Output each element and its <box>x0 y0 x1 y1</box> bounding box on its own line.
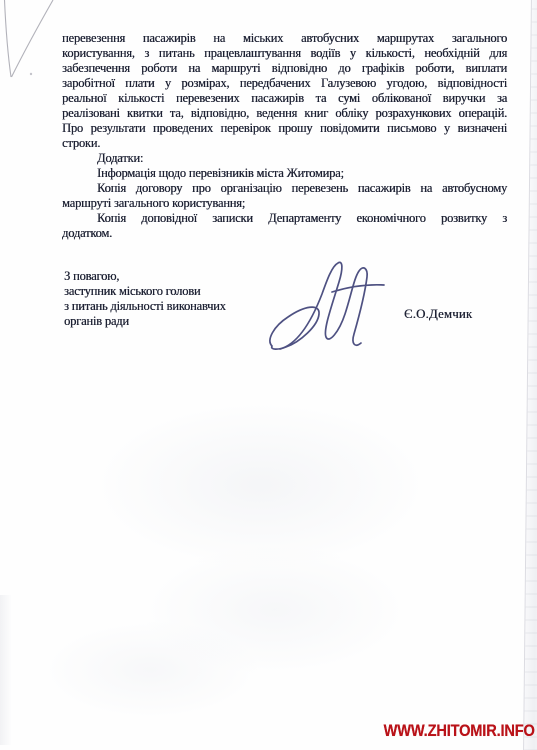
text-line: перевезення пасажирів на міських автобус… <box>62 31 507 46</box>
text-line: заробітної плати у розмірах, передбачени… <box>62 76 507 91</box>
bleed-through-noise <box>0 595 12 745</box>
text-line: додатком. <box>62 226 507 241</box>
text-line: Додатки: <box>62 151 507 166</box>
text-line: реальної кількості перевезених пасажирів… <box>62 91 507 106</box>
text-line: Про результати проведених перевірок прош… <box>62 121 507 136</box>
attachments-section: Додатки:Інформація щодо перевізників міс… <box>62 151 507 241</box>
signer-name: Є.О.Демчик <box>404 307 472 322</box>
text-line: Копія доповідної записки Департаменту ек… <box>62 211 507 226</box>
text-line: маршруті загального користування; <box>62 196 507 211</box>
site-watermark: WWW.ZHITOMIR.INFO <box>384 721 535 741</box>
bleed-through-noise <box>140 545 410 675</box>
scan-edge-strip <box>523 0 537 750</box>
text-line: користування, з питань працевлаштування … <box>62 46 507 61</box>
handwritten-signature <box>266 256 386 356</box>
body-paragraph: перевезення пасажирів на міських автобус… <box>62 31 507 151</box>
scanned-letter-page: перевезення пасажирів на міських автобус… <box>0 0 537 750</box>
scan-fold-artifact-icon <box>0 0 62 82</box>
text-line: Інформація щодо перевізників міста Житом… <box>62 166 507 181</box>
text-line: забезпечення роботи на маршруті відповід… <box>62 61 507 76</box>
bleed-through-noise <box>40 620 260 720</box>
text-line: строки. <box>62 136 507 151</box>
text-line: Копія договору про організацію перевезен… <box>62 181 507 196</box>
text-line: реалізовані квитки та, відповідно, веден… <box>62 106 507 121</box>
bleed-through-noise <box>90 400 430 570</box>
